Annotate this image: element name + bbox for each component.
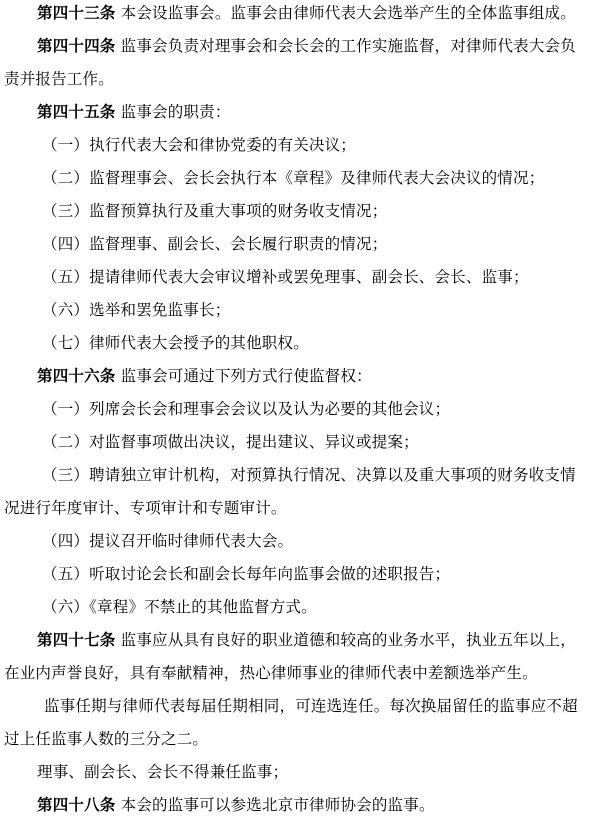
- article-44-line-1: 第四十四条 监事会负责对理事会和会长会的工作实施监督，对律师代表大会负: [37, 35, 600, 57]
- article-44-line-2: 责并报告工作。: [4, 68, 600, 90]
- list-item: （四）提议召开临时律师代表大会。: [42, 530, 600, 552]
- article-47-paragraph-2-cont: 过上任监事人数的三分之二。: [4, 728, 600, 750]
- list-item: （五）听取讨论会长和副会长每年向监事会做的述职报告；: [42, 563, 600, 585]
- article-text: 监事会可通过下列方式行使监督权：: [116, 367, 372, 385]
- list-item: （六）《章程》不禁止的其他监督方式。: [42, 596, 600, 618]
- list-item-continuation: 况进行年度审计、专项审计和专题审计。: [4, 497, 600, 519]
- list-item: （二）监督理事会、会长会执行本《章程》及律师代表大会决议的情况；: [42, 167, 600, 189]
- article-label: 第四十五条: [37, 103, 116, 121]
- article-label: 第四十三条: [37, 4, 116, 22]
- list-item: （五）提请律师代表大会审议增补或罢免理事、副会长、会长、监事；: [42, 266, 600, 288]
- article-45-line-1: 第四十五条 监事会的职责：: [37, 101, 600, 123]
- article-46-line-1: 第四十六条 监事会可通过下列方式行使监督权：: [37, 365, 600, 387]
- list-item: （三）监督预算执行及重大事项的财务收支情况；: [42, 200, 600, 222]
- article-48-line-1: 第四十八条 本会的监事可以参选北京市律师协会的监事。: [37, 794, 600, 816]
- list-item: （一）执行代表大会和律协党委的有关决议；: [42, 134, 600, 156]
- article-text: 责并报告工作。: [4, 70, 114, 88]
- article-text: 本会设监事会。监事会由律师代表大会选举产生的全体监事组成。: [116, 4, 576, 22]
- list-item: （二）对监督事项做出决议，提出建议、异议或提案；: [42, 431, 600, 453]
- list-item: （三）聘请独立审计机构，对预算执行情况、决算以及重大事项的财务收支情: [42, 464, 600, 486]
- article-47-line-2: 在业内声誉良好，具有奉献精神，热心律师事业的律师代表中差额选举产生。: [4, 662, 600, 684]
- list-item: （一）列席会长会和理事会会议以及认为必要的其他会议；: [42, 398, 600, 420]
- list-item: （七）律师代表大会授予的其他职权。: [42, 332, 600, 354]
- list-item: （六）选举和罢免监事长；: [42, 299, 600, 321]
- article-text: 监事会负责对理事会和会长会的工作实施监督，对律师代表大会负: [116, 37, 576, 55]
- article-label: 第四十八条: [37, 796, 116, 814]
- article-47-paragraph-3: 理事、副会长、会长不得兼任监事；: [37, 761, 600, 783]
- list-item: （四）监督理事、副会长、会长履行职责的情况；: [42, 233, 600, 255]
- article-43-line-1: 第四十三条 本会设监事会。监事会由律师代表大会选举产生的全体监事组成。: [37, 2, 600, 24]
- article-label: 第四十六条: [37, 367, 116, 385]
- article-text: 监事会的职责：: [116, 103, 231, 121]
- article-text: 本会的监事可以参选北京市律师协会的监事。: [116, 796, 435, 814]
- article-47-paragraph-2: 监事任期与律师代表每届任期相同，可连选连任。每次换届留任的监事应不超: [44, 695, 600, 717]
- article-text: 监事应从具有良好的职业道德和较高的业务水平，执业五年以上，: [116, 631, 576, 649]
- article-47-line-1: 第四十七条 监事应从具有良好的职业道德和较高的业务水平，执业五年以上，: [37, 629, 600, 651]
- article-label: 第四十四条: [37, 37, 116, 55]
- article-label: 第四十七条: [37, 631, 116, 649]
